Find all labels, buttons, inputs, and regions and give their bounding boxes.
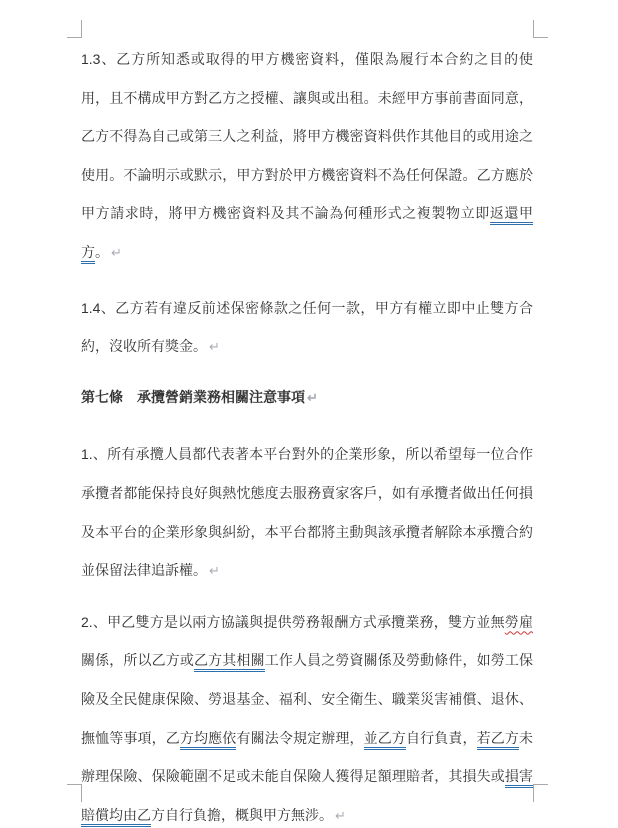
grammar-marked-text: 方均應依: [180, 730, 237, 750]
grammar-marked-text: 並乙方: [364, 730, 406, 750]
text-segment: 1.3、乙方所知悉或取得的甲方機密資料，僅限為履行本合約之目的使用，且不構成甲方…: [81, 51, 533, 221]
paragraph-mark-icon: ↵: [209, 339, 220, 354]
text-segment: 方自行負擔，概與甲方無涉。: [151, 807, 333, 823]
paragraph-clause-1-3[interactable]: 1.3、乙方所知悉或取得的甲方機密資料，僅限為履行本合約之目的使用，且不構成甲方…: [81, 40, 533, 273]
text-segment: 2.、甲乙雙方是以兩方協議與提供勞務報酬方式承攬業務，雙方並無: [81, 614, 505, 630]
paragraph-mark-icon: ↵: [209, 563, 220, 578]
crop-mark-top-left-icon: [67, 20, 82, 38]
spelling-marked-text: 勞雇: [505, 614, 533, 630]
grammar-marked-text: 乙方其相關: [194, 652, 265, 672]
text-segment: 1.、所有承攬人員都代表著本平台對外的企業形象，所以希望每一位合作承攬者都能保持…: [81, 446, 533, 578]
grammar-marked-text: 若乙方: [477, 730, 519, 750]
document-page: 1.3、乙方所知悉或取得的甲方機密資料，僅限為履行本合約之目的使用，且不構成甲方…: [0, 0, 618, 828]
text-segment: 有關法令規定辦理，: [236, 730, 363, 746]
paragraph-mark-icon: ↵: [335, 808, 346, 823]
crop-mark-bottom-left-icon: [67, 784, 82, 802]
heading-text: 第七條 承攬營銷業務相關注意事項: [81, 389, 305, 405]
paragraph-mark-icon: ↵: [111, 245, 122, 260]
paragraph-item-2[interactable]: 2.、甲乙雙方是以兩方協議與提供勞務報酬方式承攬業務，雙方並無勞雇關係，所以乙方…: [81, 603, 533, 828]
text-segment: 自行負責，: [406, 730, 477, 746]
paragraph-mark-icon: ↵: [307, 390, 318, 405]
crop-mark-bottom-right-icon: [533, 784, 548, 802]
article-7-heading[interactable]: 第七條 承攬營銷業務相關注意事項↵: [81, 378, 533, 418]
text-segment: 。: [95, 244, 109, 260]
document-text-area[interactable]: 1.3、乙方所知悉或取得的甲方機密資料，僅限為履行本合約之目的使用，且不構成甲方…: [81, 37, 533, 828]
paragraph-clause-1-4[interactable]: 1.4、乙方若有違反前述保密條款之任何一款，甲方有權立即中止雙方合約，沒收所有獎…: [81, 289, 533, 367]
text-segment: 1.4、乙方若有違反前述保密條款之任何一款，甲方有權立即中止雙方合約，沒收所有獎…: [81, 300, 533, 355]
paragraph-item-1[interactable]: 1.、所有承攬人員都代表著本平台對外的企業形象，所以希望每一位合作承攬者都能保持…: [81, 435, 533, 590]
crop-mark-top-right-icon: [533, 20, 548, 38]
text-segment: 關係，所以乙方或: [81, 652, 194, 668]
